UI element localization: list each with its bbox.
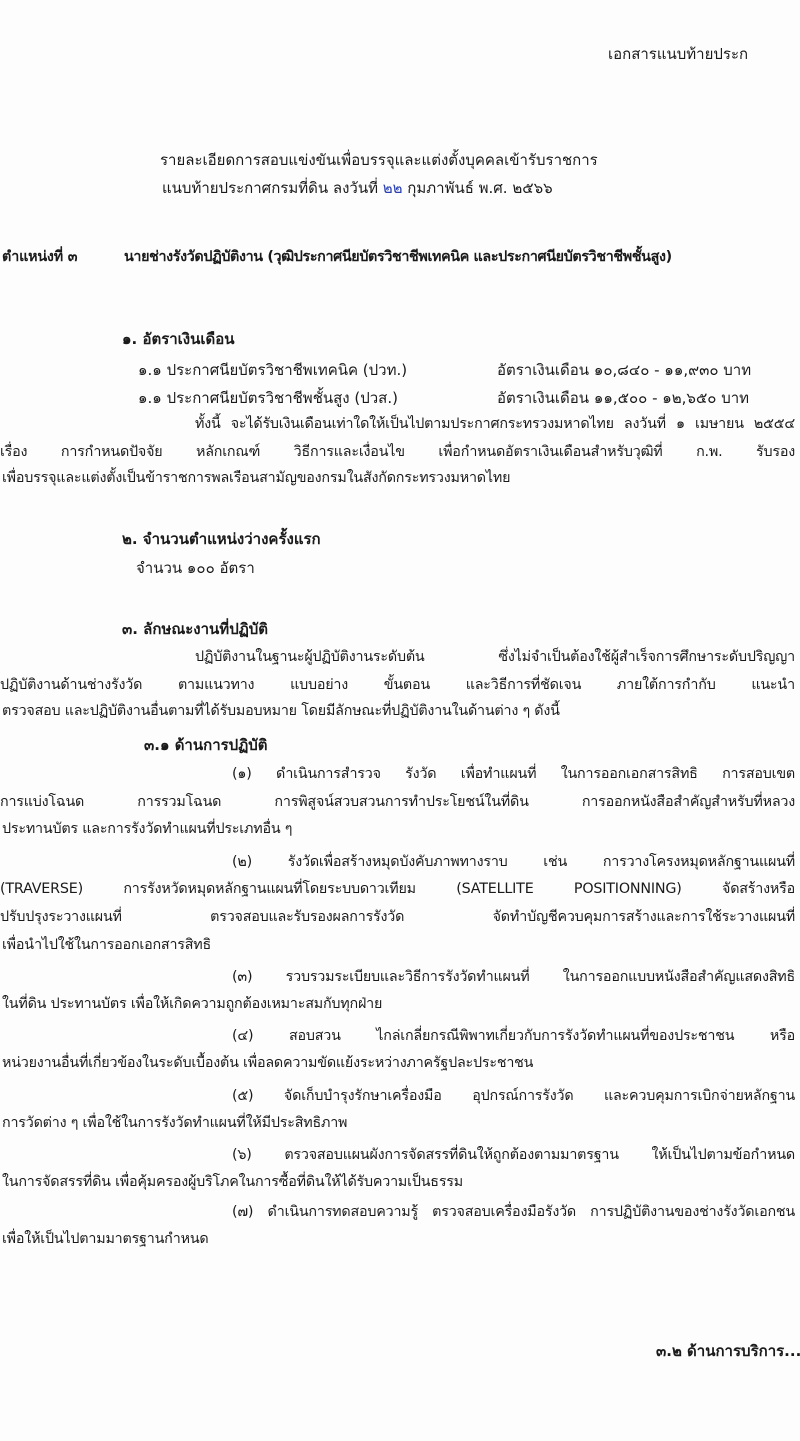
duty-1-line-1: (๑) ดำเนินการสำรวจ รังวัด เพื่อทำแผนที่ … bbox=[232, 762, 795, 786]
duty-2-line-3: ปรับปรุงระวางแผนที่ ตรวจสอบและรับรองผลกา… bbox=[0, 905, 795, 929]
document-page: เอกสารแนบท้ายประก รายละเอียดการสอบแข่งขั… bbox=[0, 0, 800, 1441]
section-3-intro-line-3: ตรวจสอบ และปฏิบัติงานอื่นตามที่ได้รับมอบ… bbox=[2, 699, 560, 723]
salary-note-line-2: เรื่อง การกำหนดปัจจัย หลักเกณฑ์ วิธีการแ… bbox=[0, 440, 795, 464]
salary-note-line-1: ทั้งนี้ จะได้รับเงินเดือนเท่าใดให้เป็นไป… bbox=[195, 412, 795, 436]
duty-6-line-1: (๖) ตรวจสอบแผนผังการจัดสรรที่ดินให้ถูกต้… bbox=[232, 1143, 795, 1167]
title-line-2: แนบท้ายประกาศกรมที่ดิน ลงวันที่ ๒๒ กุมภา… bbox=[162, 176, 553, 200]
salary-row-2-range: อัตราเงินเดือน ๑๑,๕๐๐ - ๑๒,๖๕๐ บาท bbox=[497, 386, 749, 410]
duty-1-line-3: ประทานบัตร และการรังวัดทำแผนที่ประเภทอื่… bbox=[2, 817, 292, 841]
salary-row-2-qualification: ๑.๑ ประกาศนียบัตรวิชาชีพชั้นสูง (ปวส.) bbox=[138, 386, 398, 410]
duty-1-line-2: การแบ่งโฉนด การรวมโฉนด การพิสูจน์สวบสวนก… bbox=[0, 790, 795, 814]
duty-2-line-4: เพื่อนำไปใช้ในการออกเอกสารสิทธิ bbox=[2, 933, 211, 957]
duty-6-line-2: ในการจัดสรรที่ดิน เพื่อคุ้มครองผู้บริโภค… bbox=[2, 1170, 463, 1194]
section-3-intro-line-1: ปฏิบัติงานในฐานะผู้ปฏิบัติงานระดับต้น ซึ… bbox=[195, 645, 795, 669]
section-1-heading: ๑. อัตราเงินเดือน bbox=[122, 327, 235, 351]
duty-5-line-2: การวัดต่าง ๆ เพื่อใช้ในการรังวัดทำแผนที่… bbox=[2, 1111, 347, 1135]
duty-5-line-1: (๕) จัดเก็บบำรุงรักษาเครื่องมือ อุปกรณ์ก… bbox=[232, 1084, 795, 1108]
title-line-1: รายละเอียดการสอบแข่งขันเพื่อบรรจุและแต่ง… bbox=[160, 148, 598, 172]
position-label: ตำแหน่งที่ ๓ bbox=[2, 245, 77, 269]
duty-4-line-2: หน่วยงานอื่นที่เกี่ยวข้องในระดับเบื้องต้… bbox=[2, 1051, 533, 1075]
duty-7-line-1: (๗) ดำเนินการทดสอบความรู้ ตรวจสอบเครื่อง… bbox=[232, 1200, 795, 1224]
title-line-2-suffix: กุมภาพันธ์ พ.ศ. ๒๕๖๖ bbox=[403, 179, 553, 197]
salary-note-line-3: เพื่อบรรจุและแต่งตั้งเป็นข้าราชการพลเรือ… bbox=[2, 466, 510, 490]
section-3-intro-line-2: ปฏิบัติงานด้านช่างรังวัด ตามแนวทาง แบบอย… bbox=[0, 673, 795, 697]
attachment-header: เอกสารแนบท้ายประก bbox=[608, 42, 748, 66]
title-line-2-prefix: แนบท้ายประกาศกรมที่ดิน ลงวันที่ bbox=[162, 179, 383, 197]
duty-4-line-1: (๔) สอบสวน ไกล่เกลี่ยกรณีพิพาทเกี่ยวกับก… bbox=[232, 1024, 795, 1048]
position-name: นายช่างรังวัดปฏิบัติงาน (วุฒิประกาศนียบั… bbox=[124, 245, 672, 269]
duty-3-line-1: (๓) รวบรวมระเบียบและวิธีการรังวัดทำแผนที… bbox=[232, 965, 795, 989]
duty-2-line-1: (๒) รังวัดเพื่อสร้างหมุดบังคับภาพทางราบ … bbox=[232, 850, 795, 874]
vacancy-count: จำนวน ๑๐๐ อัตรา bbox=[136, 556, 255, 580]
section-2-heading: ๒. จำนวนตำแหน่งว่างครั้งแรก bbox=[122, 527, 321, 551]
continuation-marker: ๓.๒ ด้านการบริการ... bbox=[656, 1339, 800, 1363]
section-3-1-heading: ๓.๑ ด้านการปฏิบัติ bbox=[144, 733, 268, 757]
salary-row-1-qualification: ๑.๑ ประกาศนียบัตรวิชาชีพเทคนิค (ปวท.) bbox=[138, 358, 407, 382]
duty-7-line-2: เพื่อให้เป็นไปตามมาตรฐานกำหนด bbox=[2, 1227, 209, 1251]
duty-2-line-2: (TRAVERSE) การรังหวัดหมุดหลักฐานแผนที่โด… bbox=[0, 877, 795, 901]
duty-3-line-2: ในที่ดิน ประทานบัตร เพื่อให้เกิดความถูกต… bbox=[2, 992, 382, 1016]
title-date-day: ๒๒ bbox=[383, 179, 403, 197]
section-3-heading: ๓. ลักษณะงานที่ปฏิบัติ bbox=[122, 617, 268, 641]
salary-row-1-range: อัตราเงินเดือน ๑๐,๘๔๐ - ๑๑,๙๓๐ บาท bbox=[497, 358, 751, 382]
